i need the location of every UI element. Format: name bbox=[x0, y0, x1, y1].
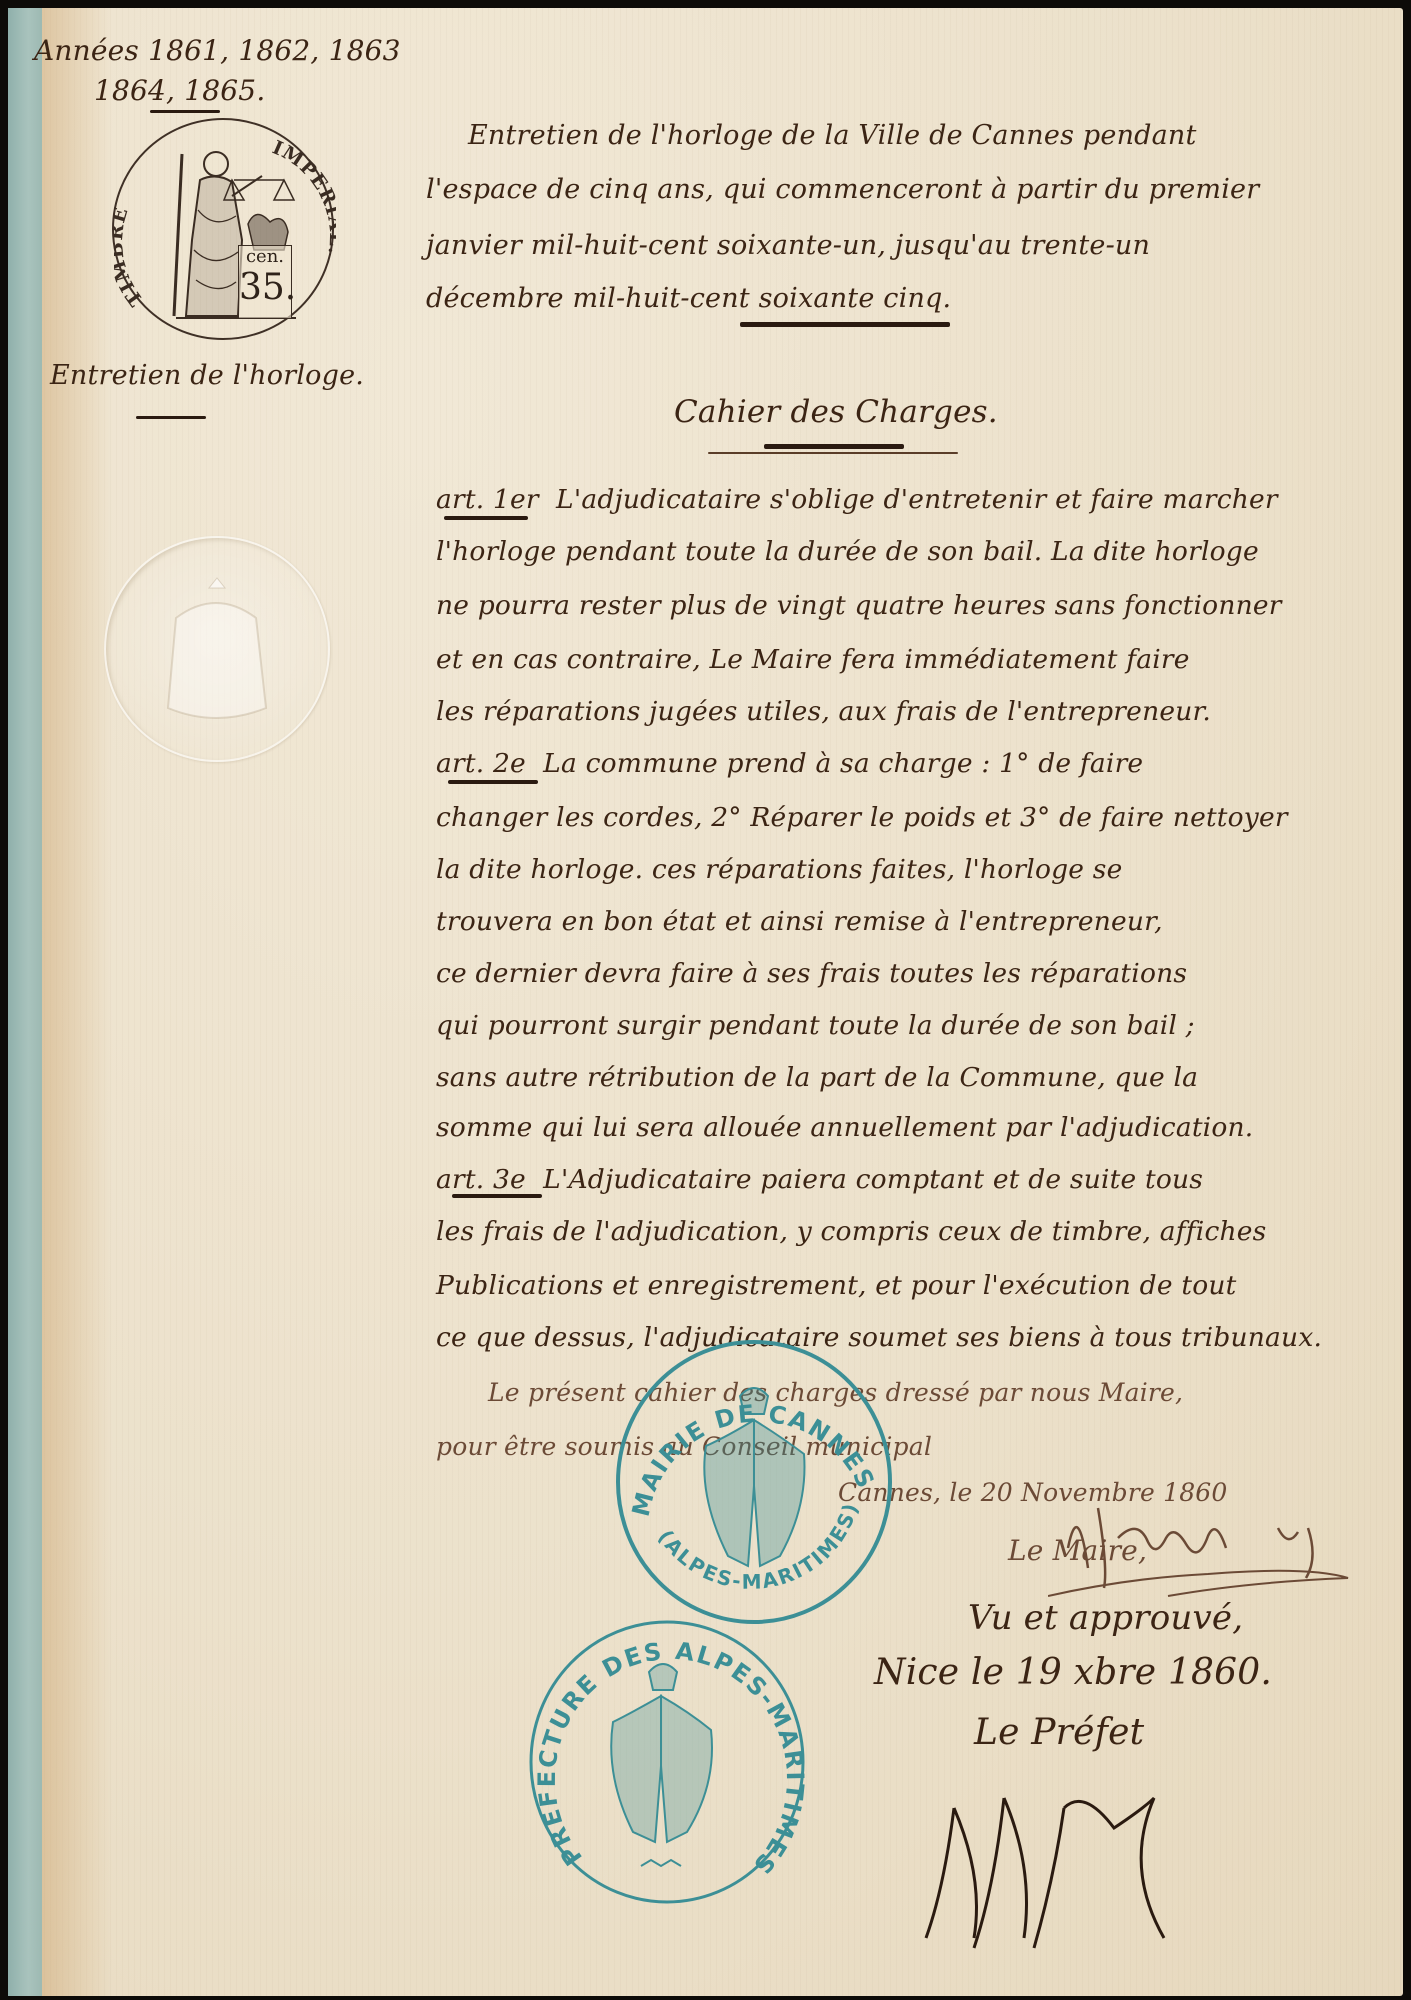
article-2-line: somme qui lui sera allouée annuellement … bbox=[436, 1112, 1253, 1143]
article-2-line: ce dernier devra faire à ses frais toute… bbox=[436, 958, 1187, 989]
intro-line: janvier mil-huit-cent soixante-un, jusqu… bbox=[426, 230, 1150, 261]
mairie-seal: MAIRIE DE CANNES (ALPES-MARITIMES) bbox=[608, 1336, 900, 1628]
stamp-denomination-value: 35. bbox=[239, 268, 291, 308]
article-label-underline bbox=[452, 1194, 542, 1198]
article-1-line: et en cas contraire, Le Maire fera imméd… bbox=[436, 644, 1190, 675]
article-label-underline bbox=[444, 516, 528, 520]
title-underline-thin bbox=[708, 452, 958, 454]
stamp-denomination-unit: cen. bbox=[239, 246, 291, 268]
article-label-underline bbox=[448, 780, 538, 784]
prefect-signature-icon bbox=[914, 1788, 1214, 1958]
binding-strip bbox=[8, 8, 42, 1996]
article-2-line-1: art. 2e La commune prend à sa charge : 1… bbox=[436, 748, 1143, 779]
embossed-seal bbox=[104, 536, 330, 762]
svg-text:TIMBRE: TIMBRE bbox=[114, 204, 148, 310]
document-page: Années 1861, 1862, 1863 1864, 1865. TIMB… bbox=[8, 8, 1403, 1996]
article-label: art. 2e bbox=[436, 748, 526, 779]
article-text: L'adjudicataire s'oblige d'entretenir et… bbox=[556, 484, 1278, 515]
article-3-line: Publications et enregistrement, et pour … bbox=[436, 1270, 1236, 1301]
article-2-line: sans autre rétribution de la part de la … bbox=[436, 1062, 1198, 1093]
page-title: Cahier des Charges. bbox=[674, 394, 998, 430]
prefecture-seal: PREFECTURE DES ALPES-MARITIMES bbox=[521, 1616, 813, 1908]
title-underline-thick bbox=[764, 444, 904, 449]
approval-line-1: Vu et approuvé, bbox=[968, 1598, 1243, 1638]
article-label: art. 3e bbox=[436, 1164, 526, 1195]
justice-figure-icon: TIMBRE IMPERIAL. bbox=[114, 120, 336, 342]
margin-years-line1: Années 1861, 1862, 1863 bbox=[34, 34, 401, 67]
intro-divider bbox=[740, 322, 950, 327]
article-3-line: les frais de l'adjudication, y compris c… bbox=[436, 1216, 1266, 1247]
article-text: L'Adjudicataire paiera comptant et de su… bbox=[543, 1164, 1203, 1195]
tax-stamp: TIMBRE IMPERIAL. cen. 35. bbox=[112, 118, 334, 340]
margin-title-underline bbox=[136, 416, 206, 419]
intro-line: Entretien de l'horloge de la Ville de Ca… bbox=[468, 120, 1197, 151]
intro-line: décembre mil-huit-cent soixante cinq. bbox=[426, 283, 951, 314]
imperial-eagle-crown-icon bbox=[611, 1664, 712, 1866]
article-1-line-1: art. 1er L'adjudicataire s'oblige d'entr… bbox=[436, 484, 1278, 515]
mayor-signature-icon bbox=[1048, 1478, 1378, 1618]
article-2-line: changer les cordes, 2° Réparer le poids … bbox=[436, 802, 1288, 833]
age-stain bbox=[42, 8, 112, 1996]
approval-line-2: Nice le 19 xbre 1860. bbox=[874, 1652, 1272, 1693]
margin-years-line2: 1864, 1865. bbox=[94, 74, 265, 107]
article-3-line-1: art. 3e L'Adjudicataire paiera comptant … bbox=[436, 1164, 1203, 1195]
prefect-title: Le Préfet bbox=[974, 1712, 1144, 1753]
article-1-line: les réparations jugées utiles, aux frais… bbox=[436, 696, 1211, 727]
article-1-line: ne pourra rester plus de vingt quatre he… bbox=[436, 590, 1282, 621]
eagle-icon bbox=[106, 538, 328, 760]
article-1-line: l'horloge pendant toute la durée de son … bbox=[436, 536, 1259, 567]
article-text: La commune prend à sa charge : 1° de fai… bbox=[543, 748, 1143, 779]
article-label: art. 1er bbox=[436, 484, 539, 515]
article-2-line: la dite horloge. ces réparations faites,… bbox=[436, 854, 1123, 885]
margin-title: Entretien de l'horloge. bbox=[50, 360, 364, 391]
stamp-denomination: cen. 35. bbox=[238, 245, 292, 319]
margin-underline bbox=[150, 110, 220, 113]
intro-line: l'espace de cinq ans, qui commenceront à… bbox=[426, 174, 1259, 205]
article-2-line: qui pourront surgir pendant toute la dur… bbox=[436, 1010, 1195, 1041]
stamp-left-text: TIMBRE bbox=[114, 204, 148, 310]
article-2-line: trouvera en bon état et ainsi remise à l… bbox=[436, 906, 1163, 937]
